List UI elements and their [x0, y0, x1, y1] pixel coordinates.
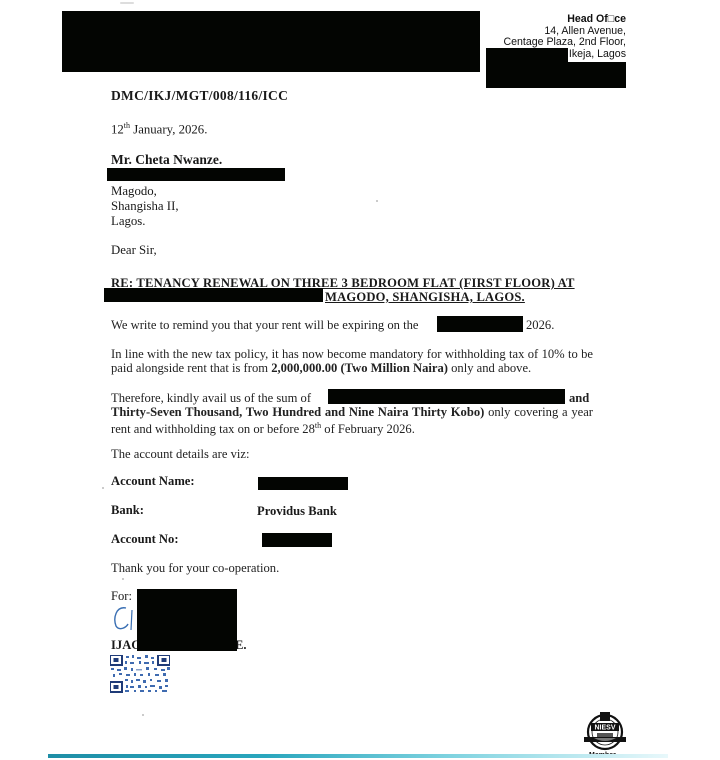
- p1-text: We write to remind you that your rent wi…: [111, 318, 418, 332]
- amount-redaction: [328, 389, 565, 404]
- signer-name-prefix: IJAC: [111, 638, 140, 653]
- recipient-address: Magodo, Shangisha II, Lagos.: [111, 184, 179, 230]
- p2-amount: 2,000,000.00 (Two Million Naira): [271, 361, 448, 375]
- signature-mark: [112, 604, 140, 634]
- letter-date: 12th January, 2026.: [111, 121, 207, 137]
- p3-amount-words: Thirty-Seven Thousand, Two Hundred and N…: [111, 405, 484, 419]
- for-label: For:: [111, 589, 132, 604]
- letterhead-logo-redaction: [62, 11, 480, 72]
- bank-value: Providus Bank: [257, 504, 337, 519]
- qr-code-icon: [110, 655, 170, 693]
- scan-speck: [120, 2, 134, 4]
- salutation: Dear Sir,: [111, 243, 157, 258]
- footer-gradient-bar: [48, 754, 668, 758]
- recipient-name: Mr. Cheta Nwanze.: [111, 152, 222, 168]
- date-rest: January, 2026.: [130, 122, 207, 136]
- p3-text-end: of February 2026.: [321, 422, 415, 436]
- account-number-redaction: [262, 533, 332, 547]
- expiry-date-redaction: [437, 316, 523, 332]
- account-name-redaction: [258, 477, 348, 490]
- recipient-address-redaction: [107, 168, 285, 181]
- signature-redaction: [137, 589, 237, 651]
- head-office-title: Head Of□ce: [504, 14, 627, 26]
- date-day: 12: [111, 122, 124, 136]
- address-line: Shangisha II,: [111, 199, 179, 214]
- address-line: Magodo,: [111, 184, 179, 199]
- reference-number: DMC/IKJ/MGT/008/116/ICC: [111, 88, 288, 104]
- scan-speck: [122, 578, 124, 580]
- p3-text: Therefore, kindly avail us of the sum of: [111, 391, 311, 405]
- scan-speck: [142, 714, 144, 716]
- account-name-label: Account Name:: [111, 474, 195, 489]
- head-office-redaction: [486, 62, 626, 88]
- niesv-logo-icon: NIESV: [580, 710, 630, 752]
- paragraph-account-intro: The account details are viz:: [111, 447, 249, 461]
- p2-text-end: only and above.: [448, 361, 531, 375]
- svg-text:NIESV: NIESV: [594, 725, 615, 732]
- head-office-redaction: [486, 48, 568, 62]
- subject-redaction: [104, 288, 323, 302]
- bank-label: Bank:: [111, 503, 144, 518]
- subject-line-2: MAGODO, SHANGISHA, LAGOS.: [325, 290, 525, 305]
- p3-and: and: [569, 391, 589, 405]
- scan-speck: [102, 487, 104, 489]
- scan-speck: [376, 200, 378, 202]
- address-line: Lagos.: [111, 214, 179, 229]
- p1-year: 2026.: [526, 318, 554, 332]
- paragraph-tax-policy: In line with the new tax policy, it has …: [111, 347, 593, 375]
- closing-line: Thank you for your co-operation.: [111, 561, 279, 575]
- account-number-label: Account No:: [111, 532, 179, 547]
